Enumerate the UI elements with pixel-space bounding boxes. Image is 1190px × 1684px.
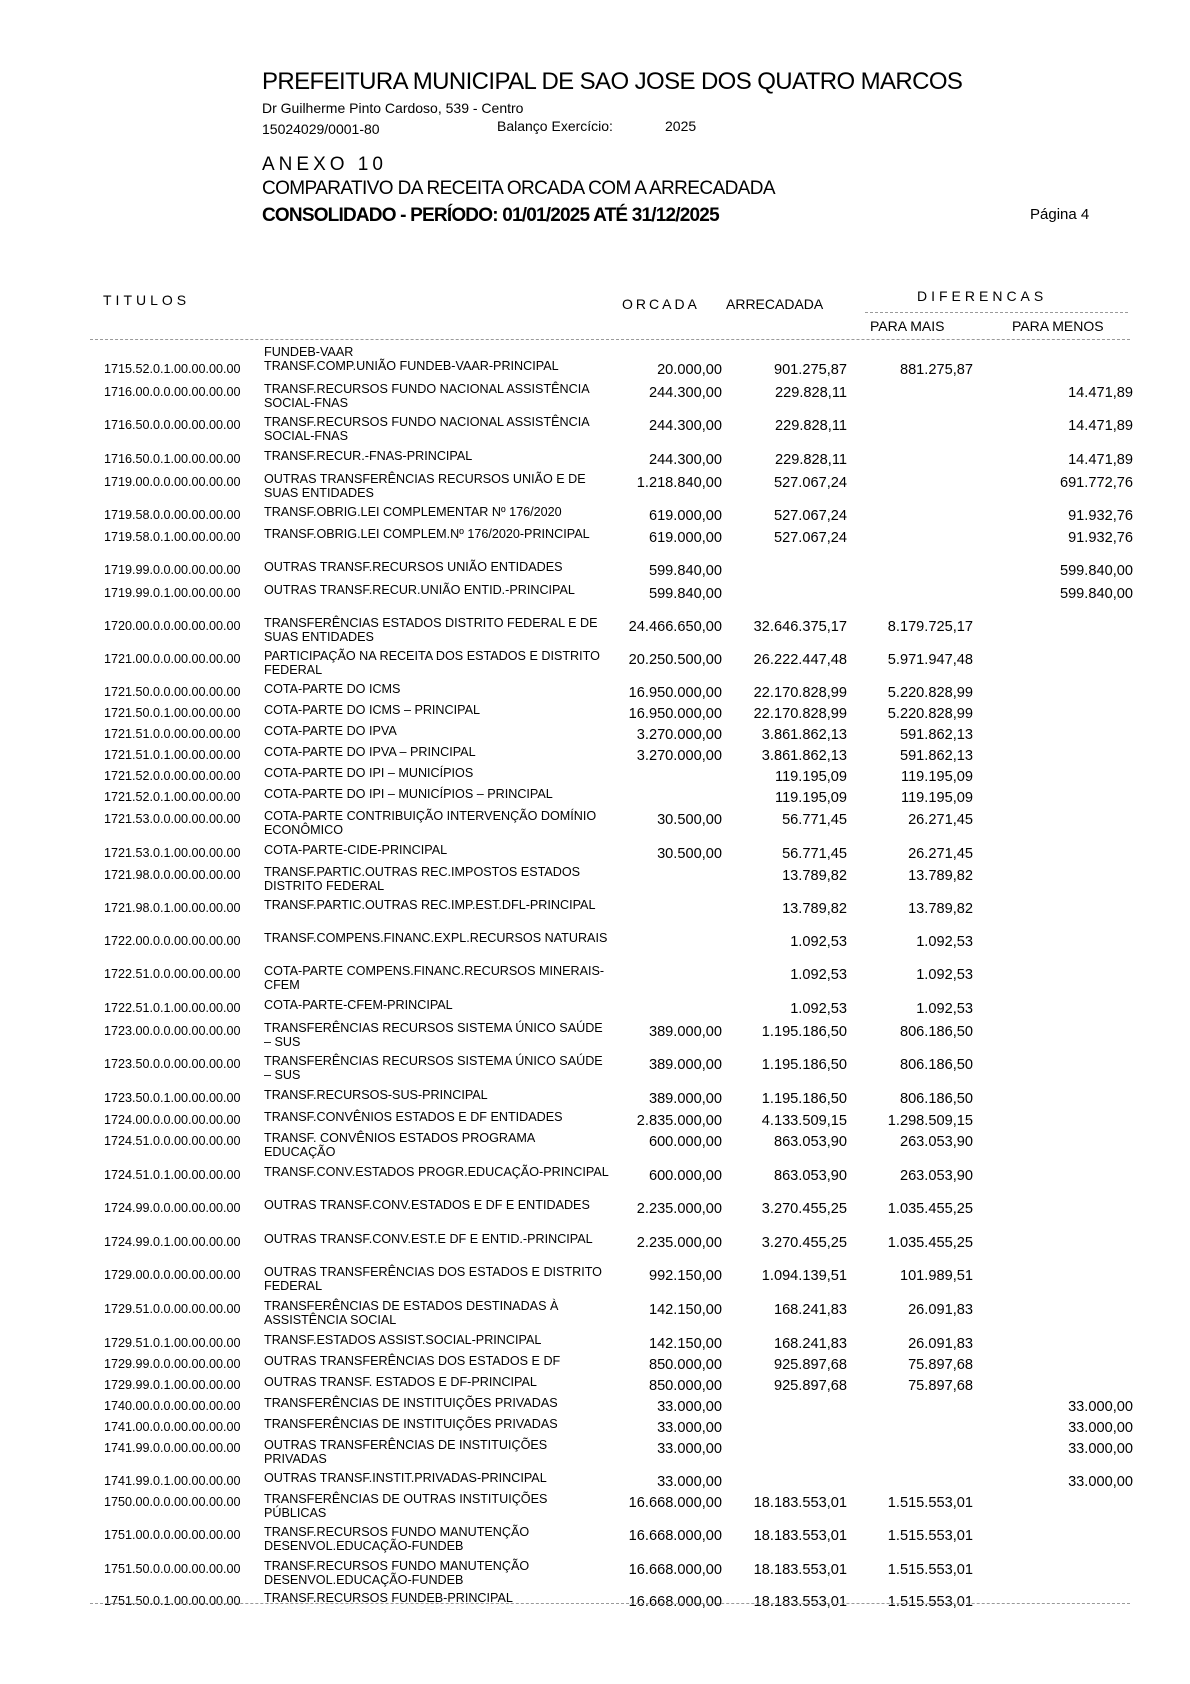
para-mais-value: 75.897,68 (833, 1357, 973, 1373)
para-mais-value: 119.195,09 (833, 790, 973, 806)
account-code: 1723.00.0.0.00.00.00.00 (104, 1024, 252, 1038)
para-menos-value: 33.000,00 (993, 1420, 1133, 1436)
para-mais-value: 13.789,82 (833, 868, 973, 884)
table-top-divider (90, 339, 1130, 340)
para-mais-value: 1.092,53 (833, 1001, 973, 1017)
orcada-value: 599.840,00 (582, 563, 722, 579)
account-code: 1741.00.0.0.00.00.00.00 (104, 1420, 252, 1434)
table-bottom-divider (90, 1603, 1130, 1604)
para-mais-value: 1.298.509,15 (833, 1113, 973, 1129)
anexo-title: ANEXO 10 (262, 154, 387, 176)
para-mais-value: 26.271,45 (833, 812, 973, 828)
arrecadada-value: 1.094.139,51 (707, 1268, 847, 1284)
arrecadada-value: 26.222.447,48 (707, 652, 847, 668)
arrecadada-value: 1.195.186,50 (707, 1057, 847, 1073)
account-description: OUTRAS TRANSF.RECUR.UNIÃO ENTID.-PRINCIP… (264, 583, 609, 597)
account-description: COTA-PARTE CONTRIBUIÇÃO INTERVENÇÃO DOMÍ… (264, 809, 609, 837)
orcada-value: 2.235.000,00 (582, 1235, 722, 1251)
arrecadada-value: 901.275,87 (707, 362, 847, 378)
arrecadada-value: 229.828,11 (707, 418, 847, 434)
orcada-value: 992.150,00 (582, 1268, 722, 1284)
account-code: 1750.00.0.0.00.00.00.00 (104, 1495, 252, 1509)
para-mais-value: 119.195,09 (833, 769, 973, 785)
orcada-value: 142.150,00 (582, 1302, 722, 1318)
para-menos-value: 599.840,00 (993, 586, 1133, 602)
arrecadada-value: 3.270.455,25 (707, 1235, 847, 1251)
account-code: 1721.53.0.1.00.00.00.00 (104, 846, 252, 860)
arrecadada-value: 56.771,45 (707, 846, 847, 862)
account-code: 1721.50.0.1.00.00.00.00 (104, 706, 252, 720)
orcada-value: 16.668.000,00 (582, 1562, 722, 1578)
para-mais-value: 75.897,68 (833, 1378, 973, 1394)
account-description: OUTRAS TRANSF.RECURSOS UNIÃO ENTIDADES (264, 560, 609, 574)
account-description: TRANSF.CONVÊNIOS ESTADOS E DF ENTIDADES (264, 1110, 609, 1124)
account-code: 1751.00.0.0.00.00.00.00 (104, 1528, 252, 1542)
orcada-value: 30.500,00 (582, 812, 722, 828)
account-code: 1729.99.0.1.00.00.00.00 (104, 1378, 252, 1392)
account-code: 1724.99.0.0.00.00.00.00 (104, 1201, 252, 1215)
account-description: TRANSF.OBRIG.LEI COMPLEMENTAR Nº 176/202… (264, 505, 609, 519)
orcada-value: 30.500,00 (582, 846, 722, 862)
orcada-value: 16.950.000,00 (582, 685, 722, 701)
para-mais-value: 1.035.455,25 (833, 1201, 973, 1217)
orcada-value: 33.000,00 (582, 1474, 722, 1490)
para-mais-value: 1.515.553,01 (833, 1495, 973, 1511)
arrecadada-value: 925.897,68 (707, 1378, 847, 1394)
arrecadada-value: 229.828,11 (707, 452, 847, 468)
report-period: CONSOLIDADO - PERÍODO: 01/01/2025 ATÉ 31… (262, 205, 719, 227)
account-description: TRANSF.CONV.ESTADOS PROGR.EDUCAÇÃO-PRINC… (264, 1165, 609, 1179)
para-mais-value: 1.035.455,25 (833, 1235, 973, 1251)
para-mais-value: 26.091,83 (833, 1336, 973, 1352)
account-description: TRANSFERÊNCIAS DE INSTITUIÇÕES PRIVADAS (264, 1396, 609, 1410)
orcada-value: 142.150,00 (582, 1336, 722, 1352)
account-description: TRANSF.RECURSOS-SUS-PRINCIPAL (264, 1088, 609, 1102)
account-code: 1721.52.0.1.00.00.00.00 (104, 790, 252, 804)
account-code: 1724.51.0.1.00.00.00.00 (104, 1168, 252, 1182)
arrecadada-value: 3.861.862,13 (707, 727, 847, 743)
para-mais-value: 1.092,53 (833, 967, 973, 983)
account-description: OUTRAS TRANSFERÊNCIAS RECURSOS UNIÃO E D… (264, 472, 609, 500)
arrecadada-value: 168.241,83 (707, 1336, 847, 1352)
account-description: TRANSF.PARTIC.OUTRAS REC.IMPOSTOS ESTADO… (264, 865, 609, 893)
arrecadada-value: 527.067,24 (707, 475, 847, 491)
account-description: OUTRAS TRANSF.INSTIT.PRIVADAS-PRINCIPAL (264, 1471, 609, 1485)
report-title: COMPARATIVO DA RECEITA ORCADA COM A ARRE… (262, 178, 775, 200)
orcada-value: 619.000,00 (582, 508, 722, 524)
orcada-value: 619.000,00 (582, 530, 722, 546)
arrecadada-value: 168.241,83 (707, 1302, 847, 1318)
orcada-value: 244.300,00 (582, 385, 722, 401)
account-description: TRANSFERÊNCIAS ESTADOS DISTRITO FEDERAL … (264, 616, 609, 644)
para-menos-value: 91.932,76 (993, 530, 1133, 546)
account-code: 1724.00.0.0.00.00.00.00 (104, 1113, 252, 1127)
orcada-value: 33.000,00 (582, 1399, 722, 1415)
account-code: 1751.50.0.0.00.00.00.00 (104, 1562, 252, 1576)
arrecadada-value: 13.789,82 (707, 901, 847, 917)
orcada-value: 1.218.840,00 (582, 475, 722, 491)
arrecadada-value: 1.195.186,50 (707, 1091, 847, 1107)
arrecadada-value: 18.183.553,01 (707, 1594, 847, 1610)
account-description: OUTRAS TRANSFERÊNCIAS DE INSTITUIÇÕES PR… (264, 1438, 609, 1466)
arrecadada-value: 1.092,53 (707, 1001, 847, 1017)
para-menos-value: 33.000,00 (993, 1474, 1133, 1490)
entity-name: PREFEITURA MUNICIPAL DE SAO JOSE DOS QUA… (262, 68, 962, 96)
account-description: OUTRAS TRANSFERÊNCIAS DOS ESTADOS E DF (264, 1354, 609, 1368)
account-description: TRANSF.RECURSOS FUNDO MANUTENÇÃO DESENVO… (264, 1525, 609, 1553)
account-code: 1722.00.0.0.00.00.00.00 (104, 934, 252, 948)
orcada-value: 16.668.000,00 (582, 1495, 722, 1511)
para-mais-value: 1.092,53 (833, 934, 973, 950)
account-description: TRANSF.PARTIC.OUTRAS REC.IMP.EST.DFL-PRI… (264, 898, 609, 912)
orcada-value: 389.000,00 (582, 1024, 722, 1040)
account-description: TRANSFERÊNCIAS DE OUTRAS INSTITUIÇÕES PÚ… (264, 1492, 609, 1520)
account-description: COTA-PARTE DO IPI – MUNICÍPIOS (264, 766, 609, 780)
para-menos-value: 14.471,89 (993, 385, 1133, 401)
account-code: 1719.58.0.1.00.00.00.00 (104, 530, 252, 544)
account-code: 1720.00.0.0.00.00.00.00 (104, 619, 252, 633)
para-menos-value: 691.772,76 (993, 475, 1133, 491)
account-description: TRANSF.RECURSOS FUNDO NACIONAL ASSISTÊNC… (264, 415, 609, 443)
account-code: 1721.00.0.0.00.00.00.00 (104, 652, 252, 666)
account-code: 1722.51.0.1.00.00.00.00 (104, 1001, 252, 1015)
account-description: COTA-PARTE DO IPVA (264, 724, 609, 738)
page-number: Página 4 (1030, 206, 1089, 223)
orcada-value: 389.000,00 (582, 1057, 722, 1073)
arrecadada-value: 22.170.828,99 (707, 706, 847, 722)
orcada-value: 600.000,00 (582, 1134, 722, 1150)
balanco-year: 2025 (665, 118, 696, 134)
column-header-para-mais: PARA MAIS (870, 318, 944, 334)
arrecadada-value: 863.053,90 (707, 1168, 847, 1184)
orcada-value: 599.840,00 (582, 586, 722, 602)
account-description: OUTRAS TRANSF. ESTADOS E DF-PRINCIPAL (264, 1375, 609, 1389)
entity-cnpj: 15024029/0001-80 (262, 121, 380, 137)
account-code: 1721.53.0.0.00.00.00.00 (104, 812, 252, 826)
account-description: OUTRAS TRANSF.CONV.EST.E DF E ENTID.-PRI… (264, 1232, 609, 1246)
arrecadada-value: 56.771,45 (707, 812, 847, 828)
orcada-value: 33.000,00 (582, 1420, 722, 1436)
para-mais-value: 1.515.553,01 (833, 1594, 973, 1610)
arrecadada-value: 18.183.553,01 (707, 1528, 847, 1544)
orcada-value: 24.466.650,00 (582, 619, 722, 635)
account-description: OUTRAS TRANSF.CONV.ESTADOS E DF E ENTIDA… (264, 1198, 609, 1212)
para-menos-value: 599.840,00 (993, 563, 1133, 579)
account-code: 1729.00.0.0.00.00.00.00 (104, 1268, 252, 1282)
para-mais-value: 806.186,50 (833, 1057, 973, 1073)
para-mais-value: 5.220.828,99 (833, 685, 973, 701)
account-description: TRANSF.COMP.UNIÃO FUNDEB-VAAR-PRINCIPAL (264, 359, 609, 373)
account-description: OUTRAS TRANSFERÊNCIAS DOS ESTADOS E DIST… (264, 1265, 609, 1293)
account-code: 1729.51.0.1.00.00.00.00 (104, 1336, 252, 1350)
arrecadada-value: 3.861.862,13 (707, 748, 847, 764)
account-code: 1715.52.0.1.00.00.00.00 (104, 362, 252, 376)
para-menos-value: 33.000,00 (993, 1399, 1133, 1415)
account-code: 1729.99.0.0.00.00.00.00 (104, 1357, 252, 1371)
account-code: 1716.50.0.0.00.00.00.00 (104, 418, 252, 432)
para-mais-value: 1.515.553,01 (833, 1528, 973, 1544)
account-code: 1721.98.0.0.00.00.00.00 (104, 868, 252, 882)
para-mais-value: 263.053,90 (833, 1134, 973, 1150)
account-code: 1723.50.0.1.00.00.00.00 (104, 1091, 252, 1105)
account-description: TRANSF.RECURSOS FUNDO MANUTENÇÃO DESENVO… (264, 1559, 609, 1587)
account-description: TRANSFERÊNCIAS DE INSTITUIÇÕES PRIVADAS (264, 1417, 609, 1431)
balanco-label: Balanço Exercício: (497, 118, 613, 134)
arrecadada-value: 18.183.553,01 (707, 1562, 847, 1578)
account-code: 1741.99.0.0.00.00.00.00 (104, 1441, 252, 1455)
arrecadada-value: 119.195,09 (707, 790, 847, 806)
column-header-para-menos: PARA MENOS (1012, 318, 1104, 334)
para-mais-value: 13.789,82 (833, 901, 973, 917)
account-code: 1724.99.0.1.00.00.00.00 (104, 1235, 252, 1249)
orcada-value: 3.270.000,00 (582, 748, 722, 764)
para-mais-value: 26.271,45 (833, 846, 973, 862)
orcada-value: 244.300,00 (582, 418, 722, 434)
orcada-value: 850.000,00 (582, 1378, 722, 1394)
para-mais-value: 5.971.947,48 (833, 652, 973, 668)
arrecadada-value: 527.067,24 (707, 508, 847, 524)
account-code: 1721.51.0.1.00.00.00.00 (104, 748, 252, 762)
arrecadada-value: 1.092,53 (707, 967, 847, 983)
orcada-value: 3.270.000,00 (582, 727, 722, 743)
account-description: TRANSF.RECURSOS FUNDO NACIONAL ASSISTÊNC… (264, 382, 609, 410)
account-code: 1719.99.0.0.00.00.00.00 (104, 563, 252, 577)
arrecadada-value: 527.067,24 (707, 530, 847, 546)
account-code: 1740.00.0.0.00.00.00.00 (104, 1399, 252, 1413)
arrecadada-value: 119.195,09 (707, 769, 847, 785)
arrecadada-value: 22.170.828,99 (707, 685, 847, 701)
arrecadada-value: 4.133.509,15 (707, 1113, 847, 1129)
orcada-value: 389.000,00 (582, 1091, 722, 1107)
account-description: COTA-PARTE DO IPI – MUNICÍPIOS – PRINCIP… (264, 787, 609, 801)
arrecadada-value: 1.195.186,50 (707, 1024, 847, 1040)
column-header-arrecadada: ARRECADADA (726, 296, 823, 312)
orcada-value: 16.668.000,00 (582, 1528, 722, 1544)
account-code: 1719.58.0.0.00.00.00.00 (104, 508, 252, 522)
account-description: COTA-PARTE DO ICMS – PRINCIPAL (264, 703, 609, 717)
account-code: 1741.99.0.1.00.00.00.00 (104, 1474, 252, 1488)
column-header-titulos: TITULOS (103, 292, 190, 308)
para-mais-value: 1.515.553,01 (833, 1562, 973, 1578)
account-description: TRANSF.OBRIG.LEI COMPLEM.Nº 176/2020-PRI… (264, 527, 609, 541)
account-description: COTA-PARTE DO IPVA – PRINCIPAL (264, 745, 609, 759)
orcada-value: 600.000,00 (582, 1168, 722, 1184)
account-code: 1751.50.0.1.00.00.00.00 (104, 1594, 252, 1608)
para-mais-value: 881.275,87 (833, 362, 973, 378)
account-code: 1721.51.0.0.00.00.00.00 (104, 727, 252, 741)
account-description: TRANSFERÊNCIAS RECURSOS SISTEMA ÚNICO SA… (264, 1054, 609, 1082)
header-divider (865, 312, 1128, 313)
arrecadada-value: 925.897,68 (707, 1357, 847, 1373)
orcada-value: 16.668.000,00 (582, 1594, 722, 1610)
para-menos-value: 33.000,00 (993, 1441, 1133, 1457)
orcada-value: 16.950.000,00 (582, 706, 722, 722)
para-menos-value: 14.471,89 (993, 452, 1133, 468)
account-code: 1721.50.0.0.00.00.00.00 (104, 685, 252, 699)
account-code: 1719.00.0.0.00.00.00.00 (104, 475, 252, 489)
para-mais-value: 26.091,83 (833, 1302, 973, 1318)
account-code: 1729.51.0.0.00.00.00.00 (104, 1302, 252, 1316)
account-description: TRANSFERÊNCIAS DE ESTADOS DESTINADAS À A… (264, 1299, 609, 1327)
continuation-text: FUNDEB-VAAR (264, 345, 353, 359)
account-description: TRANSF. CONVÊNIOS ESTADOS PROGRAMA EDUCA… (264, 1131, 609, 1159)
orcada-value: 20.250.500,00 (582, 652, 722, 668)
account-code: 1722.51.0.0.00.00.00.00 (104, 967, 252, 981)
account-description: TRANSFERÊNCIAS RECURSOS SISTEMA ÚNICO SA… (264, 1021, 609, 1049)
arrecadada-value: 1.092,53 (707, 934, 847, 950)
account-description: COTA-PARTE-CIDE-PRINCIPAL (264, 843, 609, 857)
account-code: 1716.50.0.1.00.00.00.00 (104, 452, 252, 466)
account-description: PARTICIPAÇÃO NA RECEITA DOS ESTADOS E DI… (264, 649, 609, 677)
arrecadada-value: 863.053,90 (707, 1134, 847, 1150)
entity-address: Dr Guilherme Pinto Cardoso, 539 - Centro (262, 100, 523, 116)
para-mais-value: 591.862,13 (833, 727, 973, 743)
arrecadada-value: 3.270.455,25 (707, 1201, 847, 1217)
account-description: TRANSF.RECUR.-FNAS-PRINCIPAL (264, 449, 609, 463)
account-code: 1721.52.0.0.00.00.00.00 (104, 769, 252, 783)
arrecadada-value: 18.183.553,01 (707, 1495, 847, 1511)
orcada-value: 850.000,00 (582, 1357, 722, 1373)
account-code: 1721.98.0.1.00.00.00.00 (104, 901, 252, 915)
para-menos-value: 91.932,76 (993, 508, 1133, 524)
para-menos-value: 14.471,89 (993, 418, 1133, 434)
column-header-orcada: ORCADA (622, 296, 700, 312)
arrecadada-value: 32.646.375,17 (707, 619, 847, 635)
para-mais-value: 8.179.725,17 (833, 619, 973, 635)
para-mais-value: 5.220.828,99 (833, 706, 973, 722)
para-mais-value: 263.053,90 (833, 1168, 973, 1184)
account-description: TRANSF.COMPENS.FINANC.EXPL.RECURSOS NATU… (264, 931, 609, 945)
para-mais-value: 101.989,51 (833, 1268, 973, 1284)
account-description: COTA-PARTE DO ICMS (264, 682, 609, 696)
para-mais-value: 806.186,50 (833, 1024, 973, 1040)
arrecadada-value: 229.828,11 (707, 385, 847, 401)
orcada-value: 20.000,00 (582, 362, 722, 378)
account-description: COTA-PARTE-CFEM-PRINCIPAL (264, 998, 609, 1012)
arrecadada-value: 13.789,82 (707, 868, 847, 884)
orcada-value: 2.235.000,00 (582, 1201, 722, 1217)
orcada-value: 33.000,00 (582, 1441, 722, 1457)
account-description: TRANSF.ESTADOS ASSIST.SOCIAL-PRINCIPAL (264, 1333, 609, 1347)
account-code: 1724.51.0.0.00.00.00.00 (104, 1134, 252, 1148)
account-code: 1719.99.0.1.00.00.00.00 (104, 586, 252, 600)
account-description: COTA-PARTE COMPENS.FINANC.RECURSOS MINER… (264, 964, 609, 992)
para-mais-value: 591.862,13 (833, 748, 973, 764)
column-header-diferencas: DIFERENCAS (917, 288, 1047, 304)
account-code: 1716.00.0.0.00.00.00.00 (104, 385, 252, 399)
orcada-value: 244.300,00 (582, 452, 722, 468)
account-code: 1723.50.0.0.00.00.00.00 (104, 1057, 252, 1071)
orcada-value: 2.835.000,00 (582, 1113, 722, 1129)
para-mais-value: 806.186,50 (833, 1091, 973, 1107)
